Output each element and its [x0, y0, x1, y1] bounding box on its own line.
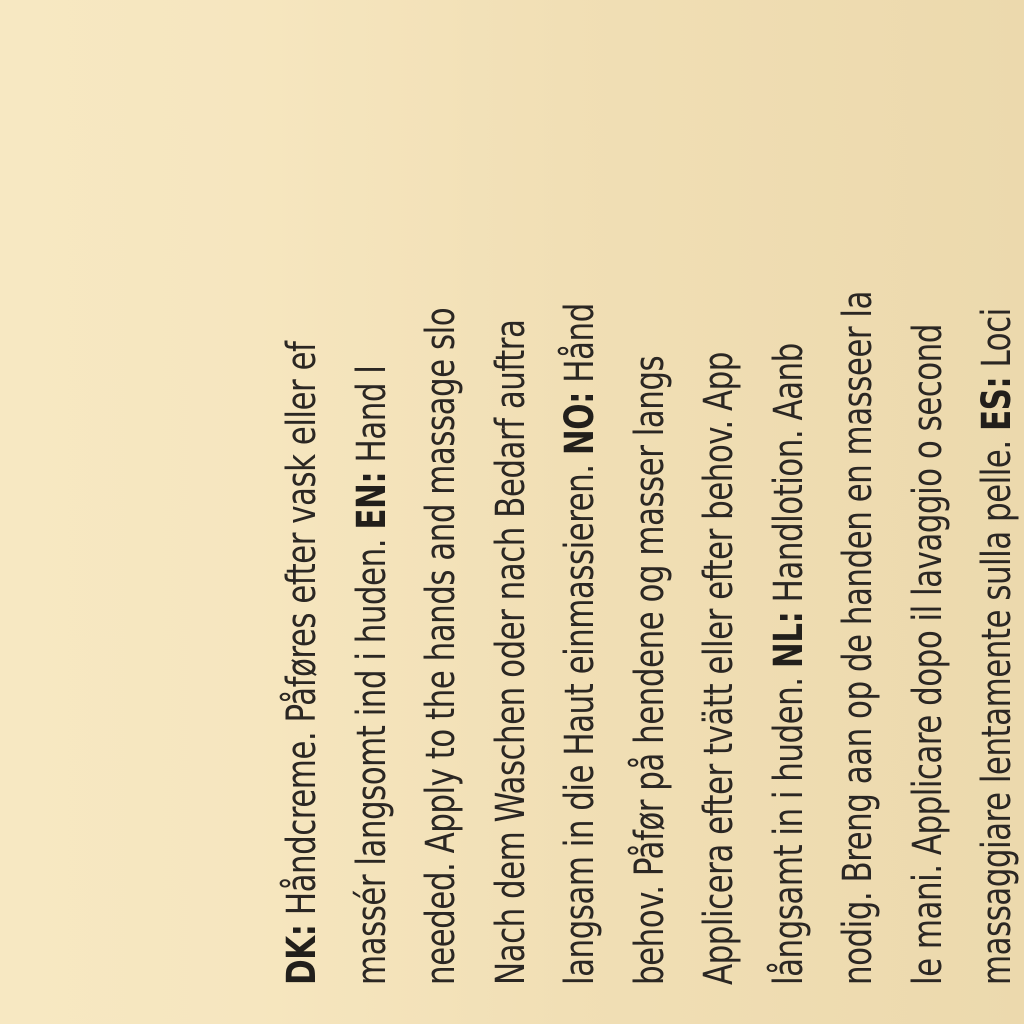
instruction-text: massér langsomt ind i huden.	[349, 530, 395, 985]
instruction-line-de: Nach dem Waschen oder nach Bedarf auftra	[477, 39, 547, 985]
instruction-text: långsamt in i huden.	[766, 668, 812, 985]
instruction-line-se: Applicera efter tvätt eller efter behov.…	[685, 39, 755, 985]
instruction-line-dk: DK: Håndcreme. Påføres efter vask eller …	[268, 39, 338, 985]
instruction-line: langsam in die Haut einmassieren. NO: Hå…	[546, 39, 616, 985]
language-code-en: EN:	[349, 472, 395, 530]
instruction-line: behov. Påfør på hendene og masser langs	[616, 39, 686, 985]
instruction-text: Applicera efter tvätt eller efter behov.…	[696, 352, 742, 985]
instruction-text: Håndcreme. Påføres efter vask eller ef	[279, 342, 325, 925]
instruction-text: needed. Apply to the hands and massage s…	[418, 308, 464, 985]
instruction-text: le mani. Applicare dopo il lavaggio o se…	[905, 324, 951, 985]
instruction-text: Hånd	[557, 303, 603, 392]
instruction-text: nodig. Breng aan op de handen en masseer…	[835, 291, 881, 985]
instruction-text: Handlotion. Aanb	[766, 343, 812, 611]
usage-instructions: DK: Håndcreme. Påføres efter vask eller …	[268, 0, 1024, 985]
language-code-dk: DK:	[279, 924, 325, 985]
language-code-no: NO:	[557, 392, 603, 455]
language-code-es: ES:	[974, 377, 1020, 431]
instruction-line: needed. Apply to the hands and massage s…	[407, 39, 477, 985]
instruction-line: massér langsomt ind i huden. EN: Hand l	[338, 39, 408, 985]
instruction-line: massaggiare lentamente sulla pelle. ES: …	[963, 39, 1024, 985]
instruction-text: langsam in die Haut einmassieren.	[557, 455, 603, 985]
instruction-text: behov. Påfør på hendene og masser langs	[627, 356, 673, 985]
product-label: DK: Håndcreme. Påføres efter vask eller …	[0, 0, 1024, 1024]
instruction-text: massaggiare lentamente sulla pelle.	[974, 431, 1020, 985]
instruction-line: långsamt in i huden. NL: Handlotion. Aan…	[755, 39, 825, 985]
instruction-line-it: le mani. Applicare dopo il lavaggio o se…	[894, 39, 964, 985]
instruction-text: Loci	[974, 308, 1020, 376]
instruction-text: Nach dem Waschen oder nach Bedarf auftra	[488, 320, 534, 985]
language-code-nl: NL:	[766, 612, 812, 668]
instruction-line: nodig. Breng aan op de handen en masseer…	[824, 39, 894, 985]
instruction-text: Hand l	[349, 366, 395, 472]
